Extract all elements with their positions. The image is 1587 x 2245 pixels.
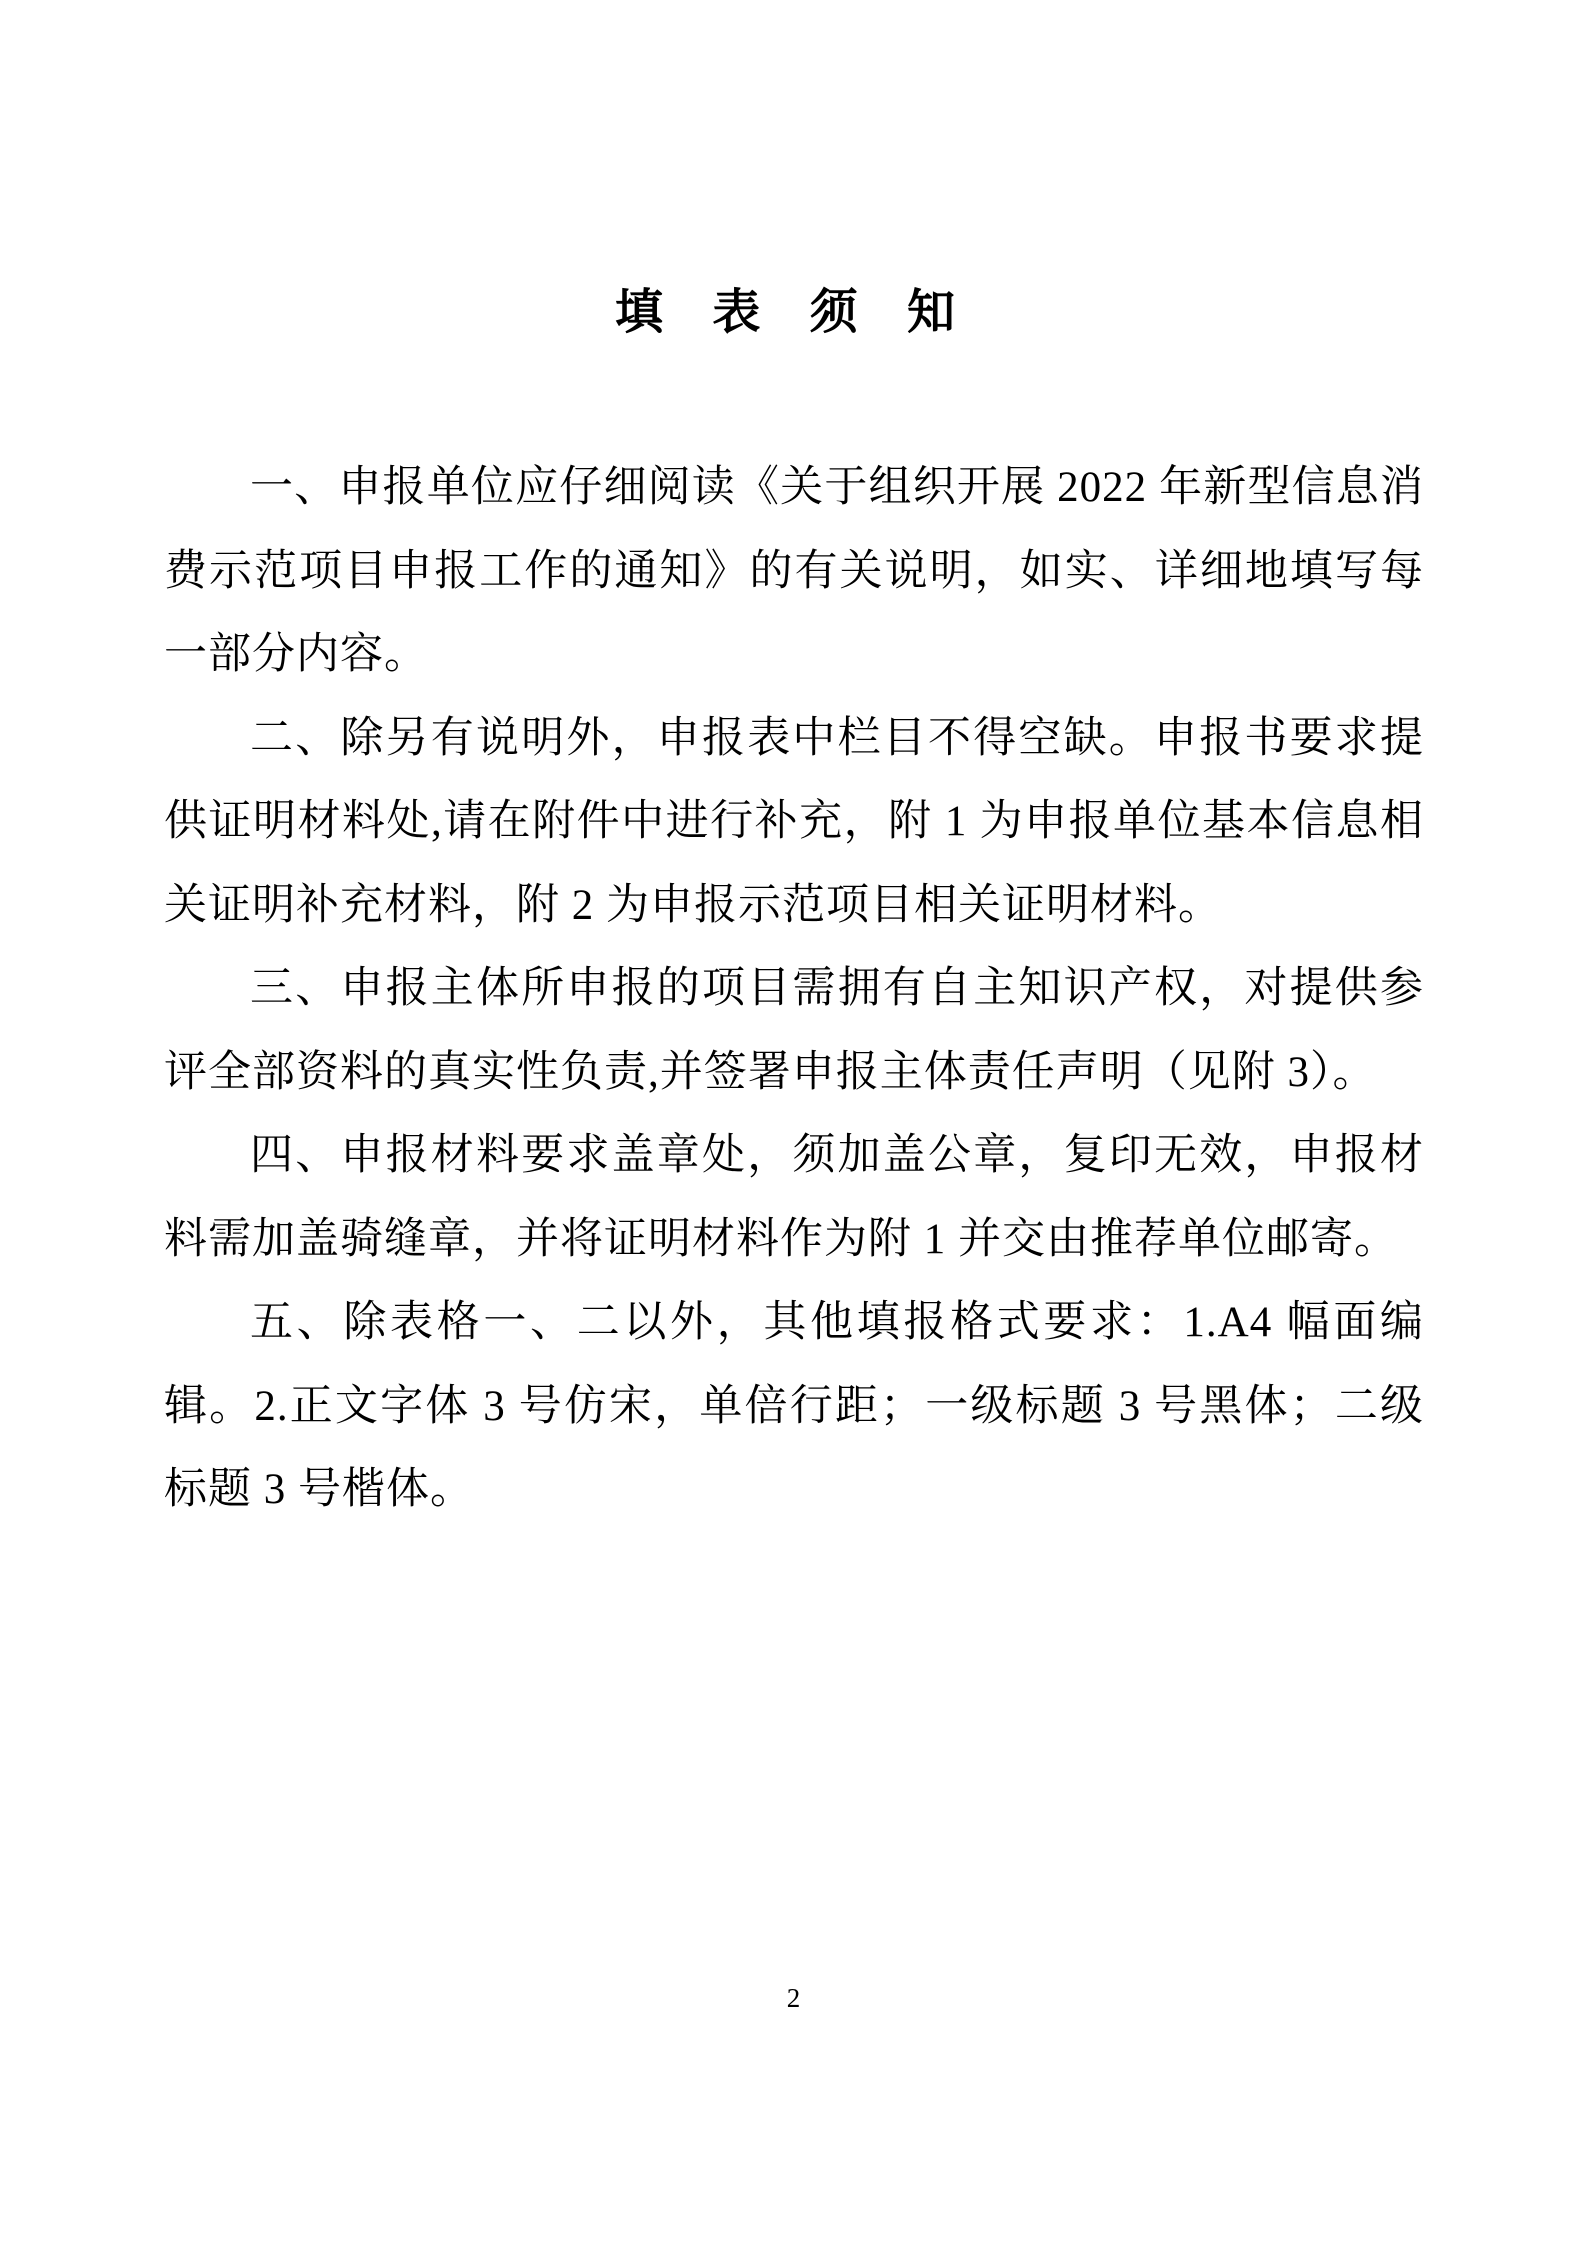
notice-body: 一、申报单位应仔细阅读《关于组织开展 2022 年新型信息消费示范项目申报工作的… [0, 446, 1587, 1532]
page-title: 填 表 须 知 [0, 0, 1587, 338]
page-number: 2 [0, 1982, 1587, 2014]
notice-paragraph-4: 四、申报材料要求盖章处，须加盖公章，复印无效，申报材料需加盖骑缝章，并将证明材料… [164, 1114, 1424, 1281]
document-page: 填 表 须 知 一、申报单位应仔细阅读《关于组织开展 2022 年新型信息消费示… [0, 0, 1587, 2245]
notice-paragraph-3: 三、申报主体所申报的项目需拥有自主知识产权，对提供参评全部资料的真实性负责,并签… [164, 947, 1424, 1114]
notice-paragraph-5: 五、除表格一、二以外，其他填报格式要求：1.A4 幅面编辑。2.正文字体 3 号… [164, 1281, 1424, 1532]
notice-paragraph-1: 一、申报单位应仔细阅读《关于组织开展 2022 年新型信息消费示范项目申报工作的… [164, 446, 1424, 697]
notice-paragraph-2: 二、除另有说明外，申报表中栏目不得空缺。申报书要求提供证明材料处,请在附件中进行… [164, 697, 1424, 948]
